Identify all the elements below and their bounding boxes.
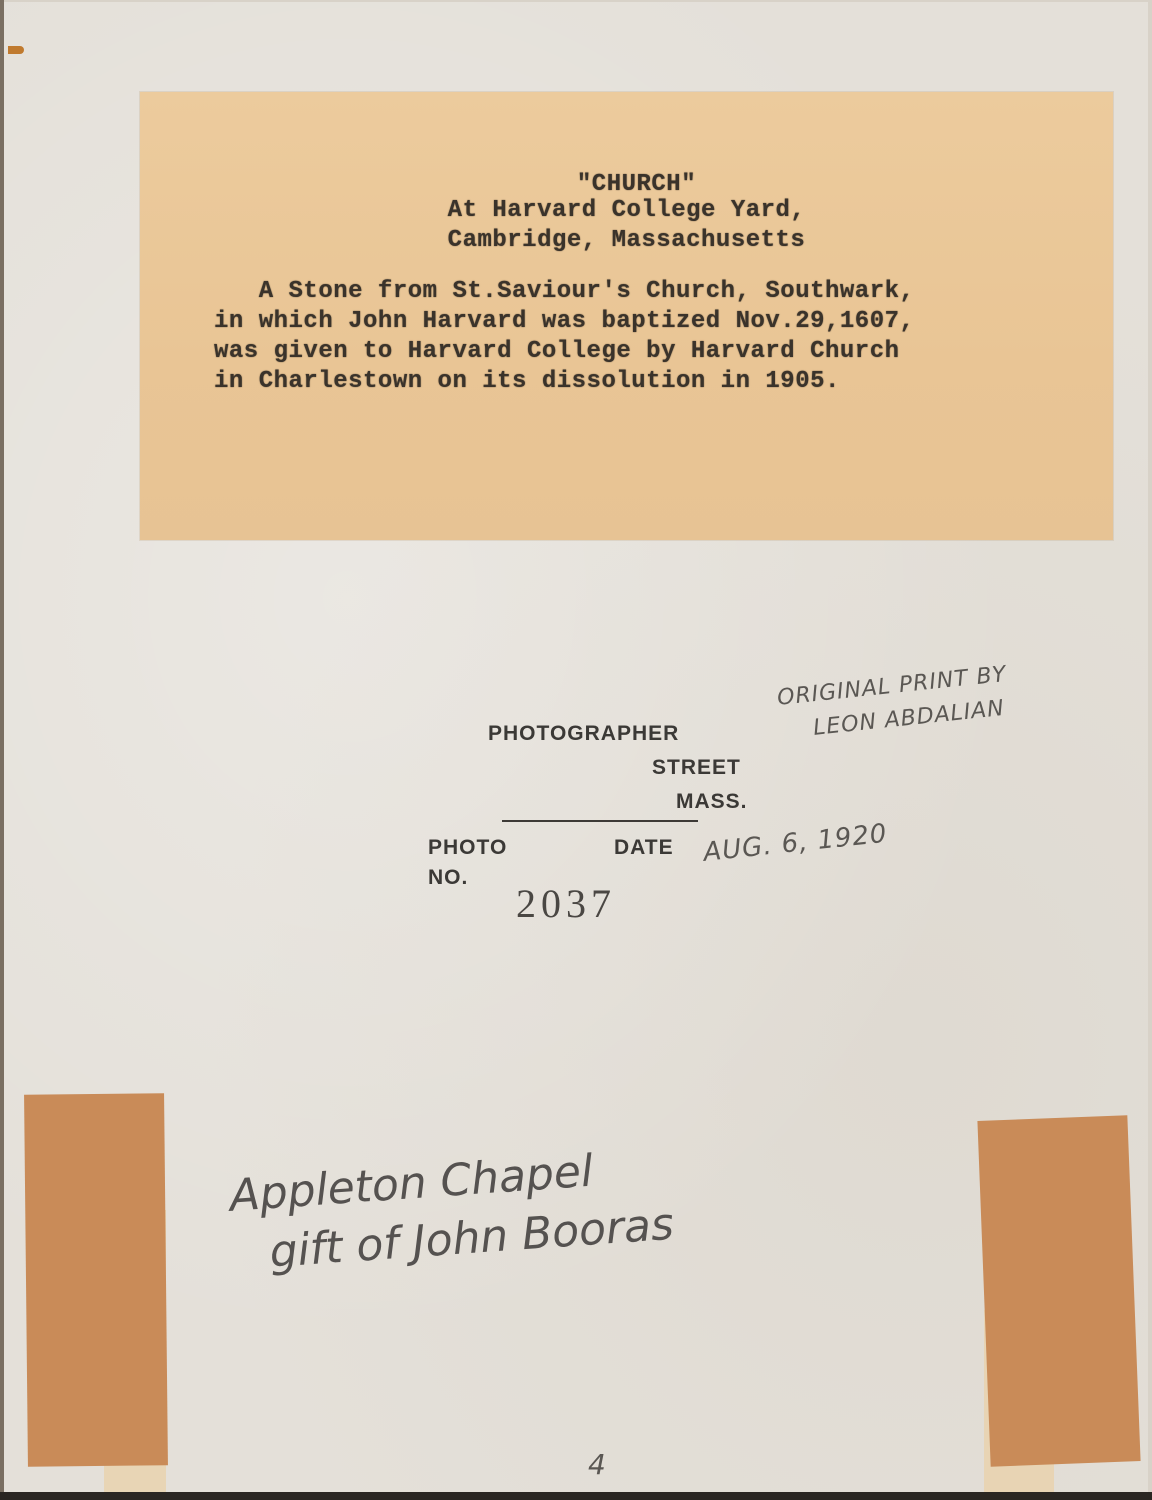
stamp-divider-line [502,820,698,822]
stamp-street: STREET [652,756,741,780]
photo-number: 2037 [516,880,616,927]
stamp-no-label: NO. [428,866,468,890]
stamp-mass: MASS. [676,790,748,814]
caption-body-line-4: in Charlestown on its dissolution in 190… [214,367,1094,397]
corner-stain [8,46,24,54]
stamp-photographer: PHOTOGRAPHER [488,722,679,746]
typed-caption-label: "CHURCH" At Harvard College Yard, Cambri… [140,92,1113,540]
caption-body-line-3: was given to Harvard College by Harvard … [214,337,1094,367]
caption-body: A Stone from St.Saviour's Church, Southw… [214,277,1094,397]
tape-strip-left [24,1093,168,1466]
stamp-date-label: DATE [614,836,674,860]
caption-body-line-2: in which John Harvard was baptized Nov.2… [214,307,1094,337]
handwritten-page-mark: 4 [588,1448,606,1481]
tape-strip-right [977,1115,1140,1467]
caption-title-line-3: Cambridge, Massachusetts [140,226,1113,256]
caption-body-line-1: A Stone from St.Saviour's Church, Southw… [214,277,1094,307]
stamp-photo-label: PHOTO [428,836,507,860]
caption-title-line-2: At Harvard College Yard, [140,196,1113,226]
caption-title-line-1: "CHURCH" [160,174,1113,196]
caption-title: "CHURCH" At Harvard College Yard, Cambri… [140,174,1113,256]
photo-bottom-edge [0,1492,1152,1500]
